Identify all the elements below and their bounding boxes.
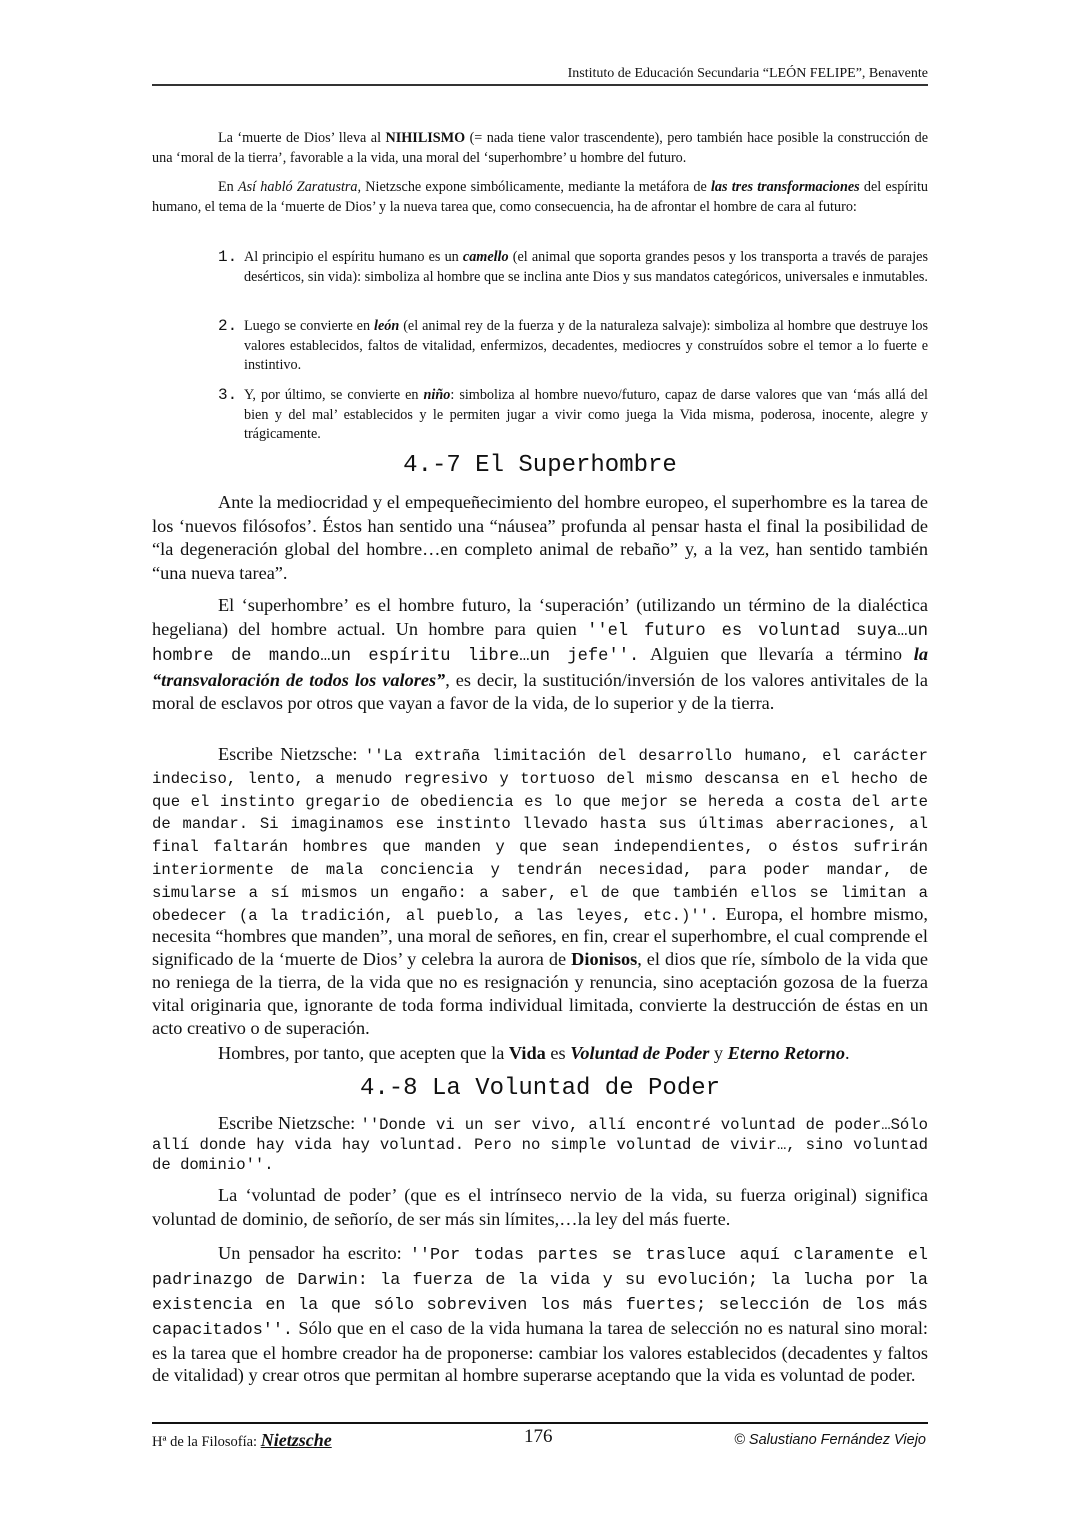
emphasis: las tres transformaciones [711, 179, 860, 195]
paragraph-voluntad-eterno: Hombres, por tanto, que acepten que la V… [152, 1042, 928, 1066]
paragraph-nietzsche-quote-limitation: Escribe Nietzsche: ''La extraña limitaci… [152, 743, 928, 1039]
text: Y, por último, se convierte en [244, 387, 424, 403]
text: En [218, 179, 238, 195]
paragraph-nietzsche-quote-voluntad: Escribe Nietzsche: ''Donde vi un ser viv… [152, 1114, 928, 1175]
text: Alguien que llevaría a término [639, 644, 914, 664]
emphasis: niño [424, 387, 451, 403]
text: Hombres, por tanto, que acepten que la [218, 1043, 509, 1063]
subject-name: Nietzsche [261, 1430, 332, 1450]
footer-subject: Hª de la Filosofía: Nietzsche [152, 1430, 332, 1451]
text: La ‘muerte de Dios’ lleva al [218, 130, 386, 146]
text: Escribe Nietzsche: [218, 744, 365, 764]
nietzsche-quote: ''La extraña limitación del desarrollo h… [152, 747, 928, 925]
running-header: Instituto de Educación Secundaria “LEÓN … [568, 66, 928, 82]
emphasis: Eterno Retorno [728, 1043, 845, 1063]
text: Al principio el espíritu humano es un [244, 249, 463, 265]
text: es [546, 1043, 570, 1063]
vida-term: Vida [509, 1043, 546, 1063]
paragraph-voluntad-definition: La ‘voluntad de poder’ (que es el intrín… [152, 1184, 928, 1231]
intro-paragraph-nihilism: La ‘muerte de Dios’ lleva al NIHILISMO (… [152, 129, 928, 168]
footer-divider [152, 1422, 928, 1424]
list-item-nino: 3. Y, por último, se convierte en niño: … [218, 386, 928, 445]
emphasis: Voluntad de Poder [570, 1043, 709, 1063]
copyright: © Salustiano Fernández Viejo [734, 1432, 926, 1448]
text: Nietzsche expone simbólicamente, mediant… [361, 179, 711, 195]
list-item-camello: 1. Al principio el espíritu humano es un… [218, 248, 928, 287]
text: . [845, 1043, 850, 1063]
header-divider [152, 84, 928, 86]
text: Un pensador ha escrito: [218, 1243, 410, 1263]
list-item-leon: 2. Luego se convierte en león (el animal… [218, 317, 928, 376]
subject-prefix: Hª de la Filosofía: [152, 1434, 261, 1450]
section-heading-superhombre: 4.-7 El Superhombre [152, 452, 928, 479]
nihilismo-term: NIHILISMO [386, 130, 466, 146]
paragraph-superhombre-definition: El ‘superhombre’ es el hombre futuro, la… [152, 594, 928, 716]
emphasis: león [374, 318, 399, 334]
book-title: Así habló Zaratustra, [238, 179, 361, 195]
text: Luego se convierte en [244, 318, 374, 334]
list-number: 1. [218, 248, 237, 268]
list-number: 2. [218, 317, 237, 337]
section-heading-voluntad-de-poder: 4.-8 La Voluntad de Poder [152, 1075, 928, 1102]
text: y [709, 1043, 727, 1063]
intro-paragraph-zaratustra: En Así habló Zaratustra, Nietzsche expon… [152, 178, 928, 217]
dionisos-term: Dionisos [571, 949, 637, 969]
paragraph-superhombre-intro: Ante la mediocridad y el empequeñecimien… [152, 491, 928, 585]
text: Escribe Nietzsche: [218, 1113, 360, 1133]
page-number: 176 [524, 1426, 553, 1448]
emphasis: camello [463, 249, 509, 265]
paragraph-darwin-quote: Un pensador ha escrito: ''Por todas part… [152, 1242, 928, 1386]
list-number: 3. [218, 386, 237, 406]
